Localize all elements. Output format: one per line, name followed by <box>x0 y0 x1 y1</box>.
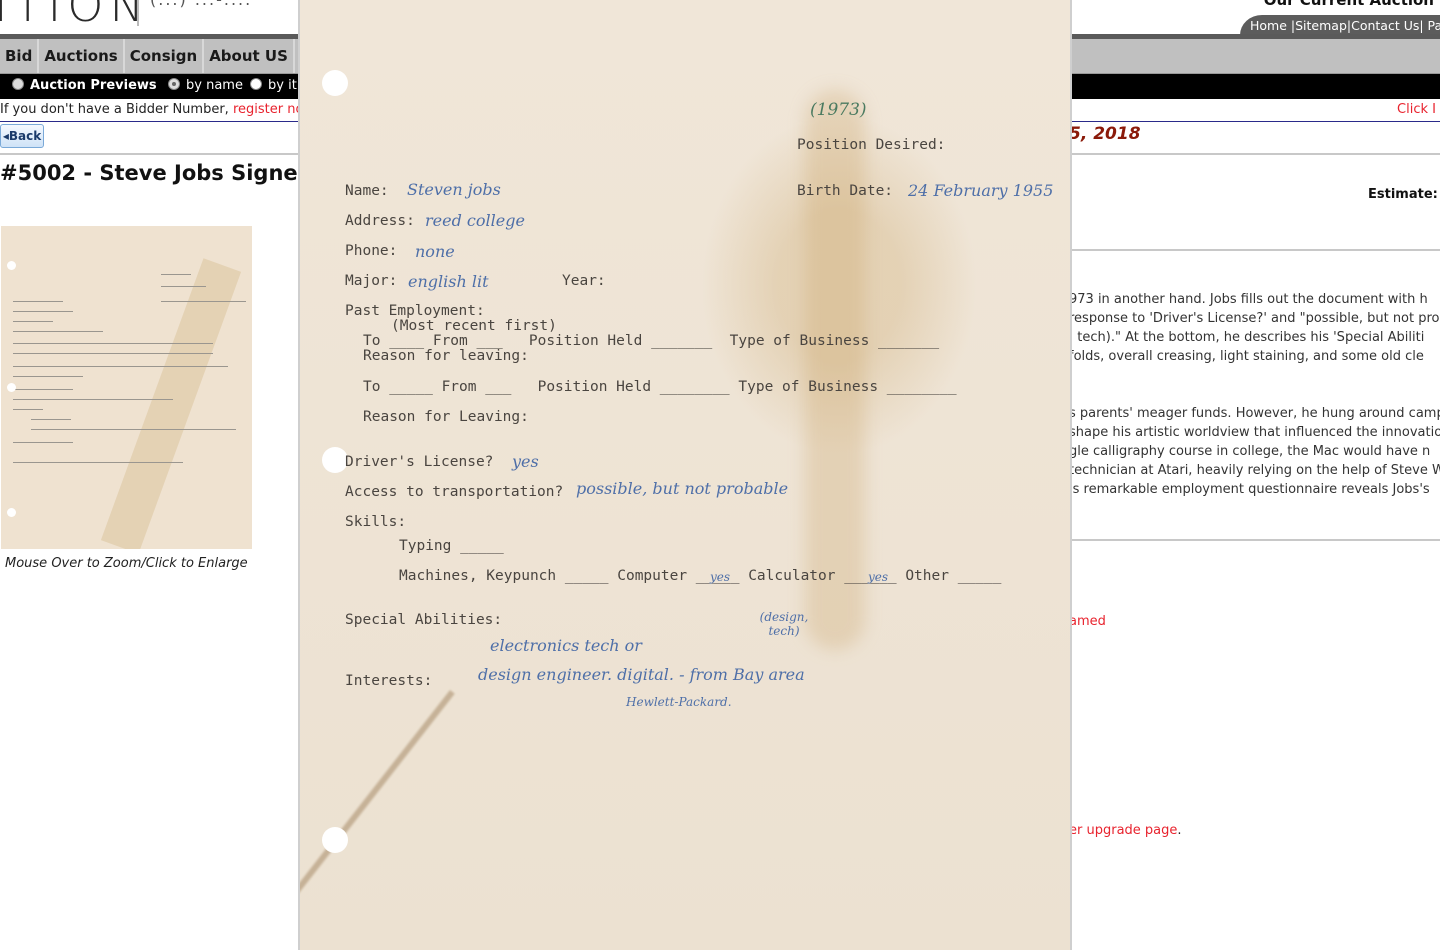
option-by-name[interactable]: by name <box>168 78 243 93</box>
name-label: Name: <box>345 183 389 199</box>
thumb-line <box>161 286 206 287</box>
thumb-line <box>13 399 173 400</box>
year-note: (1973) <box>810 100 867 120</box>
punch-hole <box>322 70 348 96</box>
address-value: reed college <box>425 211 525 230</box>
click-here-link[interactable]: Click I <box>1397 102 1436 117</box>
thumb-line <box>161 301 246 302</box>
thumb-line <box>13 311 73 312</box>
birth-date-label: Birth Date: <box>797 183 893 199</box>
thumb-line <box>13 366 228 367</box>
phone-value: none <box>415 242 455 261</box>
address-label: Address: <box>345 213 415 229</box>
option-auction-previews[interactable]: Auction Previews <box>12 78 157 93</box>
divider <box>1069 539 1440 541</box>
punch-hole <box>7 383 16 392</box>
description-line: gle calligraphy course in college, the M… <box>1069 442 1440 461</box>
description-line: is remarkable employment questionnaire r… <box>1069 480 1440 499</box>
thumb-line <box>13 353 213 354</box>
stain <box>805 90 865 650</box>
current-auction-link[interactable]: Our Current Auction <box>1264 0 1434 9</box>
util-link-past[interactable]: | Pas <box>1419 18 1440 33</box>
option-by-item[interactable]: by it <box>250 78 297 93</box>
sale-date: 5, 2018 <box>1069 124 1141 144</box>
image-caption: Mouse Over to Zoom/Click to Enlarge <box>5 556 248 571</box>
employment-row-2: To _____ From ___ Position Held ________… <box>363 379 957 395</box>
skills-label: Skills: <box>345 514 406 530</box>
transportation-value: possible, but not probable <box>576 479 788 498</box>
stain <box>298 690 455 946</box>
name-value: Steven jobs <box>407 180 501 199</box>
description-line: folds, overall creasing, light staining,… <box>1069 347 1440 366</box>
logo-text: ITION <box>0 0 150 28</box>
util-link-sitemap[interactable]: |Sitemap <box>1291 18 1347 33</box>
interests-label: Interests: <box>345 673 432 689</box>
calculator-value: yes <box>868 570 888 584</box>
thumb-line <box>13 462 183 463</box>
lot-thumbnail[interactable] <box>1 226 252 549</box>
description-line: response to 'Driver's License?' and "pos… <box>1069 309 1440 328</box>
description-paragraph-1: 973 in another hand. Jobs fills out the … <box>1069 290 1440 366</box>
drivers-license-value: yes <box>512 452 539 471</box>
lot-title: #5002 - Steve Jobs Signed <box>0 161 313 185</box>
description-line: s parents' meager funds. However, he hun… <box>1069 404 1440 423</box>
description-line: technician at Atari, heavily relying on … <box>1069 461 1440 480</box>
radio-selected-icon[interactable] <box>168 78 180 90</box>
radio-icon[interactable] <box>250 78 262 90</box>
most-recent-label: (Most recent first) <box>391 318 557 334</box>
option-label: by name <box>186 78 243 93</box>
reason-leaving-2: Reason for Leaving: <box>363 409 529 425</box>
thumb-line <box>13 331 103 332</box>
past-employment-label: Past Employment: <box>345 303 485 319</box>
nav-item-consign[interactable]: Consign <box>125 39 204 73</box>
thumb-line <box>13 442 73 443</box>
image-zoom-overlay[interactable]: (1973) Position Desired: Birth Date: 24 … <box>298 0 1072 950</box>
thumb-line <box>13 409 43 410</box>
site-logo[interactable]: ITION (...) ...-.... <box>0 0 300 28</box>
option-label: Auction Previews <box>30 78 157 93</box>
upgrade-link-line: er upgrade page. <box>1069 823 1182 838</box>
description-line: 973 in another hand. Jobs fills out the … <box>1069 290 1440 309</box>
position-desired-label: Position Desired: <box>797 137 945 153</box>
thumb-line <box>13 389 73 390</box>
thumb-line <box>31 419 71 420</box>
design-tech-note: (design, tech) <box>746 610 822 638</box>
bidder-info: If you don't have a Bidder Number, regis… <box>0 102 303 117</box>
estimate-label: Estimate: <box>1368 187 1438 202</box>
header-phone: (...) ...-.... <box>150 0 252 9</box>
description-line: , tech)." At the bottom, he describes hi… <box>1069 328 1440 347</box>
red-link-fragment[interactable]: amed <box>1069 614 1106 629</box>
drivers-license-label: Driver's License? <box>345 454 493 470</box>
special-abilities-value: electronics tech or <box>490 636 642 655</box>
punch-hole <box>7 508 16 517</box>
divider <box>1069 249 1440 251</box>
description-paragraph-2: s parents' meager funds. However, he hun… <box>1069 404 1440 499</box>
description-line: shape his artistic worldview that influe… <box>1069 423 1440 442</box>
thumb-line <box>161 274 191 275</box>
major-label: Major: <box>345 273 397 289</box>
computer-value: yes <box>710 570 730 584</box>
nav-item-bid[interactable]: Bid <box>0 39 39 73</box>
utility-links: Home |Sitemap|Contact Us| Pas <box>1250 18 1440 33</box>
interests-value: design engineer. digital. - from Bay are… <box>478 665 805 684</box>
punch-hole <box>322 827 348 853</box>
interests-value-2: Hewlett-Packard. <box>626 695 732 709</box>
nav-item-auctions[interactable]: Auctions <box>39 39 124 73</box>
logo-divider <box>137 0 139 26</box>
register-link[interactable]: register no <box>233 102 303 117</box>
nav-item-about[interactable]: About US <box>204 39 295 73</box>
year-label: Year: <box>562 273 606 289</box>
bidder-upgrade-link[interactable]: er upgrade page <box>1069 823 1177 838</box>
special-abilities-label: Special Abilities: <box>345 612 502 628</box>
punch-hole <box>7 261 16 270</box>
thumb-line <box>13 343 213 344</box>
option-label: by it <box>268 78 297 93</box>
employment-row-1: To ____ From ___ Position Held _______ T… <box>363 333 939 349</box>
reason-leaving-1: Reason for leaving: <box>363 348 529 364</box>
back-button[interactable]: ◂Back <box>0 124 44 148</box>
birth-date-value: 24 February 1955 <box>908 181 1053 200</box>
bidder-info-text: If you don't have a Bidder Number, <box>0 102 233 117</box>
phone-label: Phone: <box>345 243 397 259</box>
util-link-home[interactable]: Home <box>1250 18 1291 33</box>
thumb-line <box>13 376 83 377</box>
major-value: english lit <box>408 272 489 291</box>
util-link-contact[interactable]: |Contact Us <box>1347 18 1419 33</box>
thumb-line <box>31 429 236 430</box>
typing-label: Typing _____ <box>399 538 504 554</box>
transportation-label: Access to transportation? <box>345 484 563 500</box>
period: . <box>1177 823 1181 838</box>
machines-row: Machines, Keypunch _____ Computer _____ … <box>399 568 1001 584</box>
thumb-line <box>13 301 63 302</box>
thumb-line <box>13 321 53 322</box>
radio-icon[interactable] <box>12 78 24 90</box>
